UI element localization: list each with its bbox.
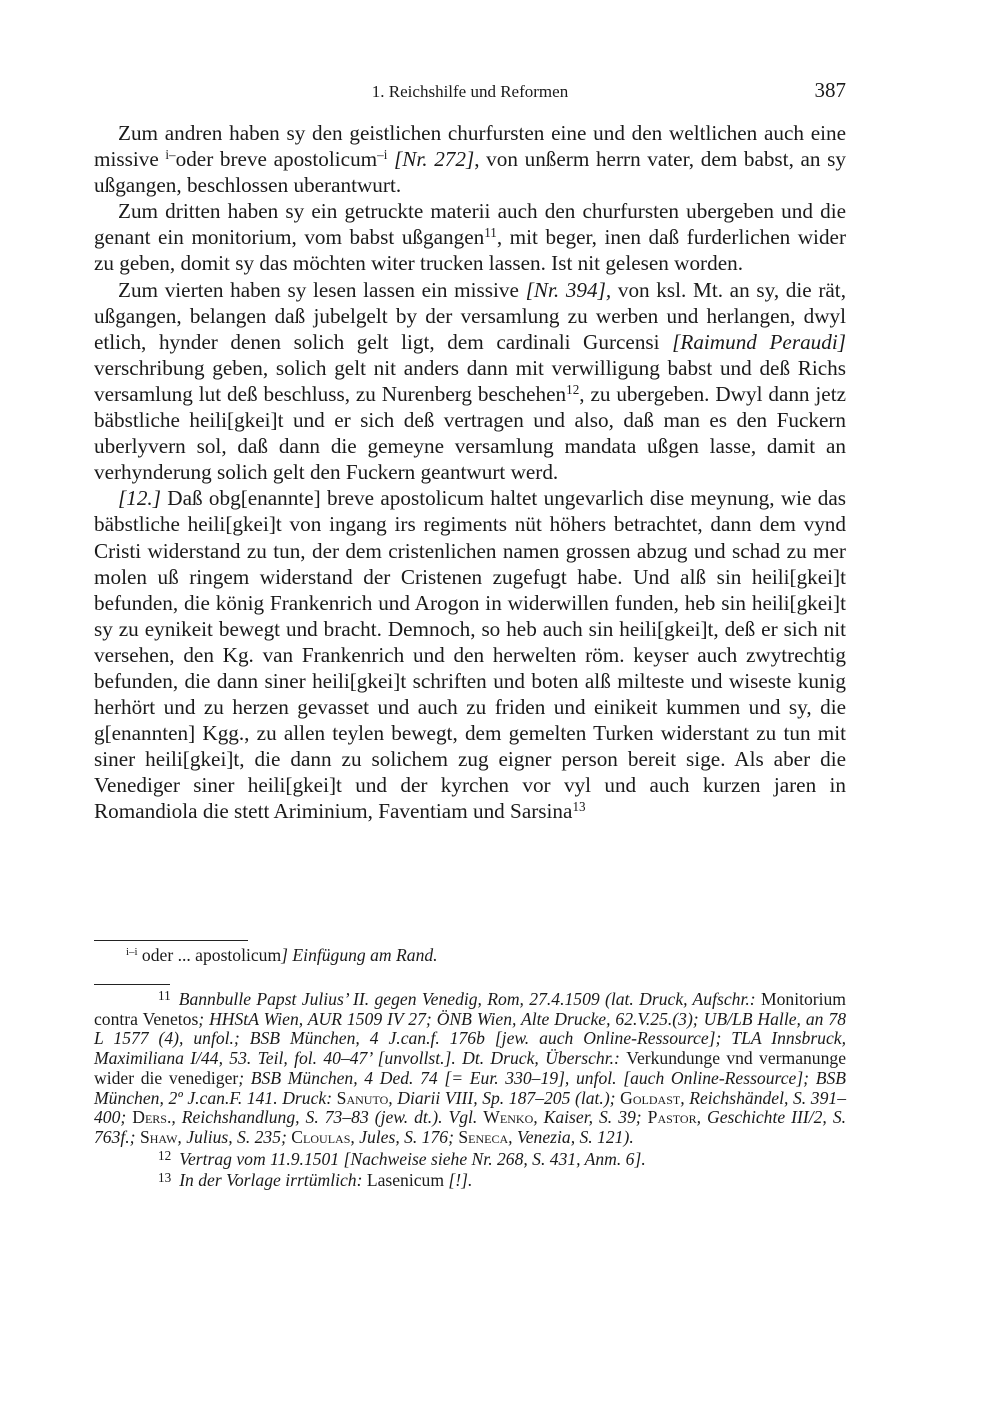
cross-reference: [Nr. 272] [387, 147, 474, 171]
footnotes-separator [94, 984, 170, 985]
variant-notes: i–i oder ... apostolicum] Einfügung am R… [94, 946, 846, 966]
footnote-13: 13In der Vorlage irrtümlich: Lasenicum [… [94, 1171, 846, 1191]
cross-reference: [Nr. 394], [526, 278, 612, 302]
footnote-ref-11[interactable]: 11 [484, 225, 497, 240]
variant-notes-separator [94, 940, 248, 941]
footnote-12: 12Vertrag vom 11.9.1501 [Nachweise siehe… [94, 1150, 846, 1170]
paragraph-3: Zum vierten haben sy lesen lassen ein mi… [94, 277, 846, 486]
paragraph-2: Zum dritten haben sy ein getruckte mater… [94, 198, 846, 276]
running-title: 1. Reichshilfe und Reformen [94, 82, 846, 102]
section-number: [12.] [118, 486, 161, 510]
variant-note: i–i oder ... apostolicum] Einfügung am R… [94, 946, 846, 966]
paragraph-4: [12.] Daß obg[enannte] breve apostolicum… [94, 485, 846, 824]
footnotes: 11Bannbulle Papst Julius’ II. gegen Vene… [94, 990, 846, 1191]
paragraph-1: Zum andren haben sy den geistlichen chur… [94, 120, 846, 198]
footnote-ref-12[interactable]: 12 [566, 382, 579, 397]
footnote-ref-13[interactable]: 13 [572, 799, 585, 814]
variant-mark-close: –i [377, 147, 387, 162]
main-text: Zum andren haben sy den geistlichen chur… [94, 120, 846, 825]
variant-note-mark: i–i [126, 946, 138, 958]
editorial-note: [Raimund Peraudi] [672, 330, 846, 354]
variant-mark-open: i– [165, 147, 175, 162]
footnote-11: 11Bannbulle Papst Julius’ II. gegen Vene… [94, 990, 846, 1148]
page-number: 387 [815, 78, 847, 103]
running-head: 1. Reichshilfe und Reformen 387 [94, 80, 846, 108]
